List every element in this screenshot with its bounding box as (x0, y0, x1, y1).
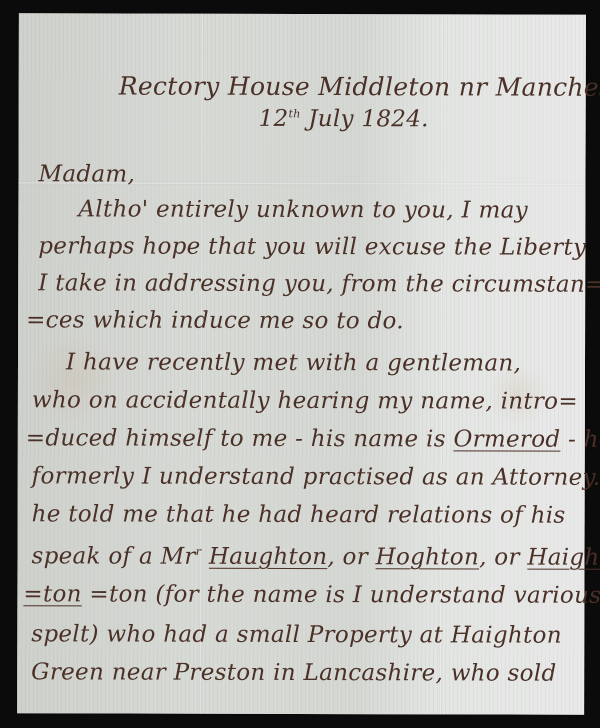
letter-line: I take in addressing you, from the circu… (38, 270, 600, 297)
separator: , or (327, 544, 375, 570)
letter-line: Green near Preston in Lancashire, who so… (31, 659, 556, 686)
underlined-name-continuation: =ton (23, 581, 81, 607)
separator: , or (479, 544, 527, 570)
letter-line: he told me that he had heard relations o… (32, 501, 566, 528)
line-text: =ton (for the name is I understand vario… (89, 581, 600, 608)
date-suffix: th (289, 107, 301, 120)
letter-line: formerly I understand practised as an At… (32, 463, 600, 490)
letter-date: 12th July 1824. (259, 106, 429, 132)
letter-line: speak of a Mrr Haughton, or Hoghton, or … (31, 543, 600, 571)
letter-line: =ces which induce me so to do. (26, 307, 404, 334)
letter-line: who on accidentally hearing my name, int… (32, 387, 578, 414)
underlined-name-hoghton: Hoghton (376, 544, 480, 570)
line-text: speak of a Mr (31, 543, 195, 569)
date-day: 12 (259, 106, 289, 132)
line-text: =duced himself to me - his name is (26, 425, 446, 452)
letter-line: =duced himself to me - his name is Ormer… (26, 425, 600, 453)
underlined-name-haughton: Haughton (209, 544, 327, 570)
line-text: - he (568, 427, 600, 453)
mr-suffix: r (196, 545, 202, 558)
letter-line: =ton =ton (for the name is I understand … (23, 581, 600, 609)
date-month-year: July 1824. (308, 106, 429, 132)
salutation: Madam, (38, 161, 135, 187)
letter-page: Rectory House Middleton nr Manchester 12… (17, 13, 586, 714)
letter-address: Rectory House Middleton nr Manchester (119, 72, 600, 102)
letter-line: Altho' entirely unknown to you, I may (78, 196, 528, 223)
underlined-name-ormerod: Ormerod (453, 426, 560, 452)
letter-line: spelt) who had a small Property at Haigh… (31, 621, 562, 648)
underlined-name-haighton: Haigh- (527, 545, 600, 571)
letter-line: I have recently met with a gentleman, (66, 349, 521, 376)
letter-line: perhaps hope that you will excuse the Li… (38, 233, 586, 260)
